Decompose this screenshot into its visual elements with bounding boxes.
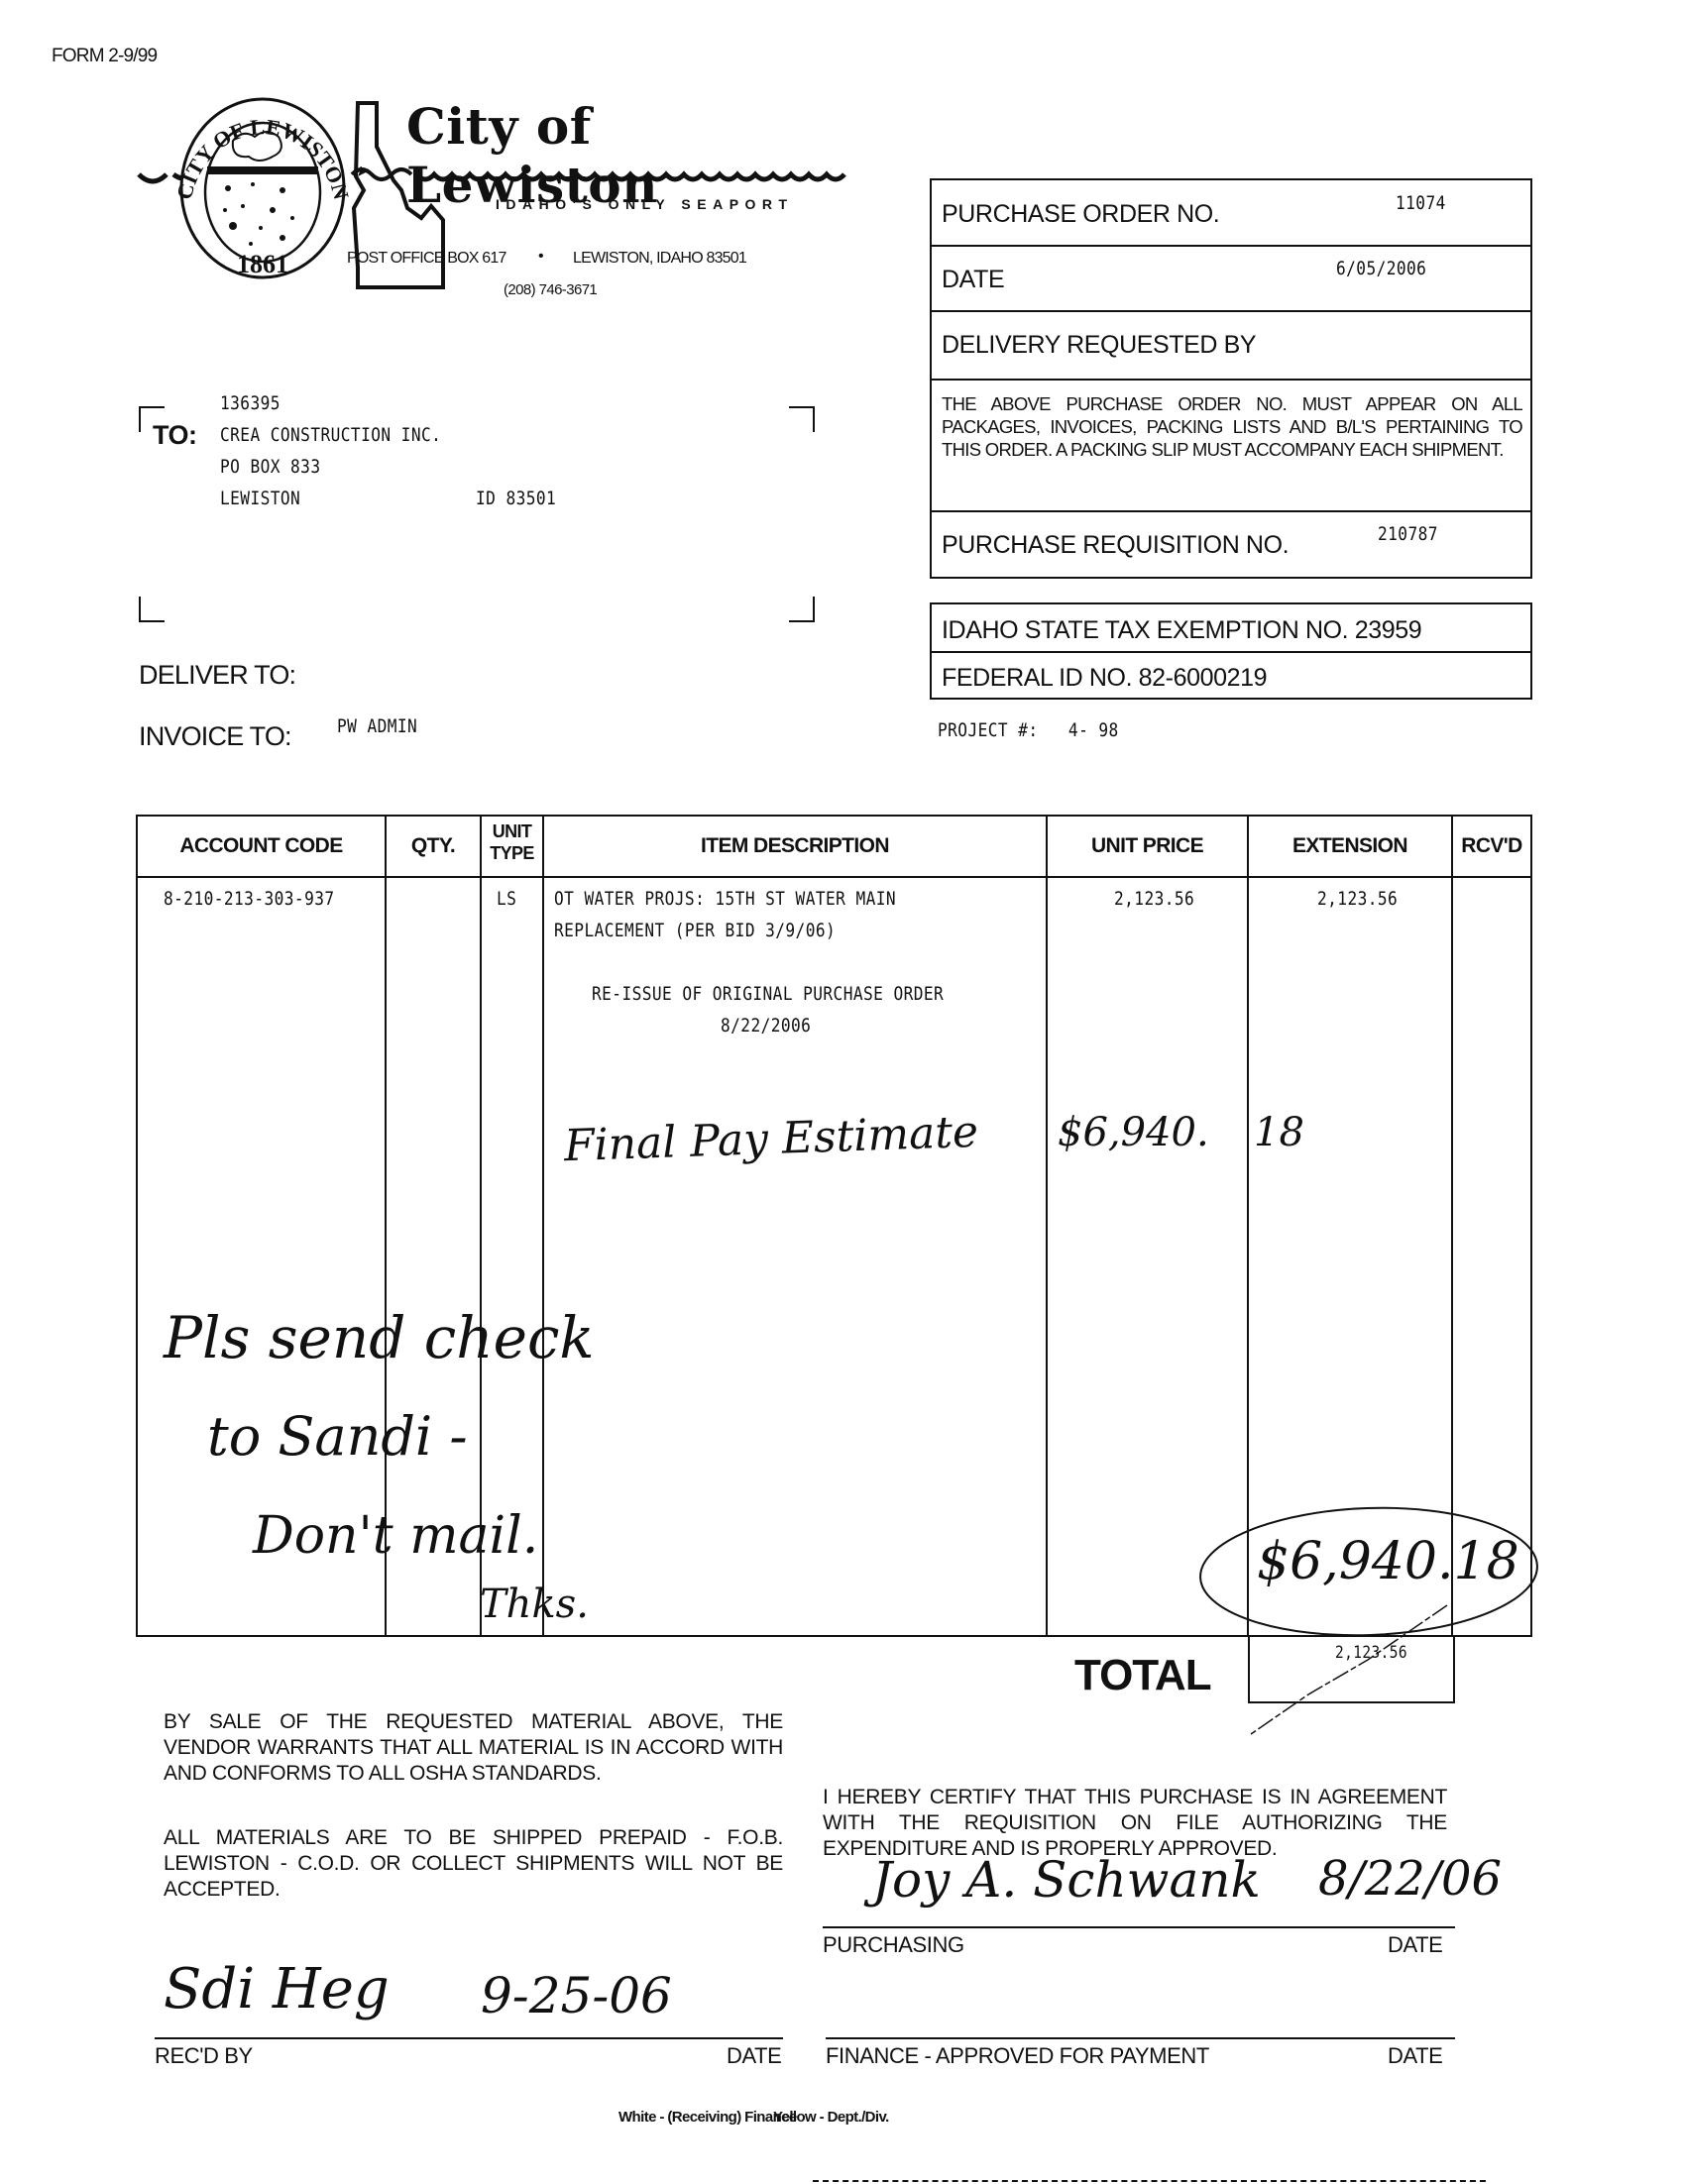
address-bracket-top-right (789, 406, 815, 432)
handwritten-note-line1: Pls send check (164, 1304, 595, 1371)
header-unit-price: UNIT PRICE (1048, 834, 1247, 858)
reissue-note-line1: RE-ISSUE OF ORIGINAL PURCHASE ORDER (592, 983, 944, 1005)
handwritten-final-pay-estimate: Final Pay Estimate (563, 1107, 979, 1172)
shipping-terms-text: ALL MATERIALS ARE TO BE SHIPPED PREPAID … (164, 1825, 783, 1903)
reissue-note-line2: 8/22/2006 (721, 1015, 811, 1037)
purchasing-signature-date: 8/22/06 (1318, 1851, 1502, 1907)
line-items-table: ACCOUNT CODE QTY. UNIT TYPE ITEM DESCRIP… (136, 815, 1532, 1637)
po-number-label: PURCHASE ORDER NO. (942, 200, 1219, 229)
row-description-line2: REPLACEMENT (PER BID 3/9/06) (554, 920, 836, 941)
address-bracket-bottom-right (789, 597, 815, 622)
date-value: 6/05/2006 (1336, 258, 1426, 279)
header-qty: QTY. (387, 834, 480, 858)
bullet-separator: • (538, 248, 544, 266)
project-number: PROJECT #: 4- 98 (938, 719, 1119, 741)
purchasing-signature-line (823, 1926, 1455, 1928)
purchasing-signature: Joy A. Schwank (872, 1851, 1261, 1909)
header-unit-type: UNIT TYPE (482, 820, 542, 864)
vendor-city: LEWISTON (220, 488, 300, 509)
tagline: IDAHO'S ONLY SEAPORT (496, 196, 794, 212)
finance-date-label: DATE (1388, 2043, 1442, 2069)
address-city: LEWISTON, IDAHO 83501 (573, 250, 746, 268)
finance-signature-line (826, 2037, 1455, 2039)
received-date-label: DATE (727, 2043, 781, 2069)
date-label: DATE (942, 266, 1004, 294)
invoice-to-label: INVOICE TO: (139, 721, 291, 752)
letterhead: CITY OF LEWISTON 1861 City of Lewiston I… (134, 89, 847, 317)
handwritten-circled-total: $6,940.18 (1257, 1532, 1519, 1591)
to-label: TO: (153, 420, 197, 451)
address-po-box: POST OFFICE BOX 617 (347, 250, 506, 268)
purchasing-date-label: DATE (1388, 1932, 1442, 1958)
row-unit-price: 2,123.56 (1114, 888, 1194, 910)
header-rcvd: RCV'D (1451, 834, 1532, 858)
po-info-box: PURCHASE ORDER NO. 11074 DATE 6/05/2006 … (930, 178, 1532, 579)
requisition-value: 210787 (1378, 523, 1438, 545)
page-edge-mark (813, 2180, 1486, 2182)
row-unit-type: LS (497, 888, 516, 910)
finance-approval-label: FINANCE - APPROVED FOR PAYMENT (826, 2043, 1209, 2069)
vendor-number: 136395 (220, 392, 281, 414)
vendor-name: CREA CONSTRUCTION INC. (220, 424, 441, 446)
tax-exemption-number: IDAHO STATE TAX EXEMPTION NO. 23959 (942, 616, 1421, 645)
form-id: FORM 2-9/99 (52, 46, 157, 67)
header-account-code: ACCOUNT CODE (138, 834, 385, 858)
po-notice-text: THE ABOVE PURCHASE ORDER NO. MUST APPEAR… (942, 392, 1522, 461)
tax-info-box: IDAHO STATE TAX EXEMPTION NO. 23959 FEDE… (930, 602, 1532, 700)
requisition-label: PURCHASE REQUISITION NO. (942, 531, 1289, 560)
handwritten-note-line4: Thks. (480, 1582, 589, 1627)
handwritten-final-pay-cents: 18 (1254, 1110, 1304, 1155)
address-bracket-bottom-left (139, 597, 165, 622)
copy-distribution-yellow: Yellow - Dept./Div. (773, 2109, 889, 2126)
strike-through-mark-icon (1249, 1585, 1467, 1744)
svg-text:1861: 1861 (237, 250, 288, 278)
handwritten-final-pay-amount: $6,940. (1058, 1110, 1209, 1155)
po-number-value: 11074 (1396, 192, 1446, 214)
total-label: TOTAL (1074, 1651, 1211, 1700)
federal-id-number: FEDERAL ID NO. 82-6000219 (942, 664, 1267, 693)
received-signature-line (155, 2037, 783, 2039)
copy-distribution-white: White - (Receiving) Finance (618, 2109, 797, 2126)
osha-warranty-text: BY SALE OF THE REQUESTED MATERIAL ABOVE,… (164, 1709, 783, 1787)
delivery-requested-label: DELIVERY REQUESTED BY (942, 331, 1256, 360)
project-label: PROJECT #: (938, 719, 1038, 741)
handwritten-note-line2: to Sandi - (207, 1405, 468, 1468)
received-date-handwritten: 9-25-06 (481, 1967, 672, 2024)
deliver-to-label: DELIVER TO: (139, 660, 295, 691)
vendor-state-zip: ID 83501 (476, 488, 556, 509)
row-extension: 2,123.56 (1317, 888, 1398, 910)
row-account-code: 8-210-213-303-937 (164, 888, 335, 910)
project-value: 4- 98 (1068, 719, 1119, 741)
handwritten-note-line3: Don't mail. (253, 1506, 538, 1566)
header-extension: EXTENSION (1249, 834, 1451, 858)
phone-number: (208) 746-3671 (504, 281, 597, 298)
invoice-to-value: PW ADMIN (337, 715, 417, 737)
vendor-address: PO BOX 833 (220, 456, 320, 478)
row-description-line1: OT WATER PROJS: 15TH ST WATER MAIN (554, 888, 896, 910)
purchasing-label: PURCHASING (823, 1932, 964, 1958)
received-by-label: REC'D BY (155, 2043, 253, 2069)
header-item-description: ITEM DESCRIPTION (544, 834, 1046, 858)
received-by-signature: Sdi Heg (164, 1957, 390, 2021)
